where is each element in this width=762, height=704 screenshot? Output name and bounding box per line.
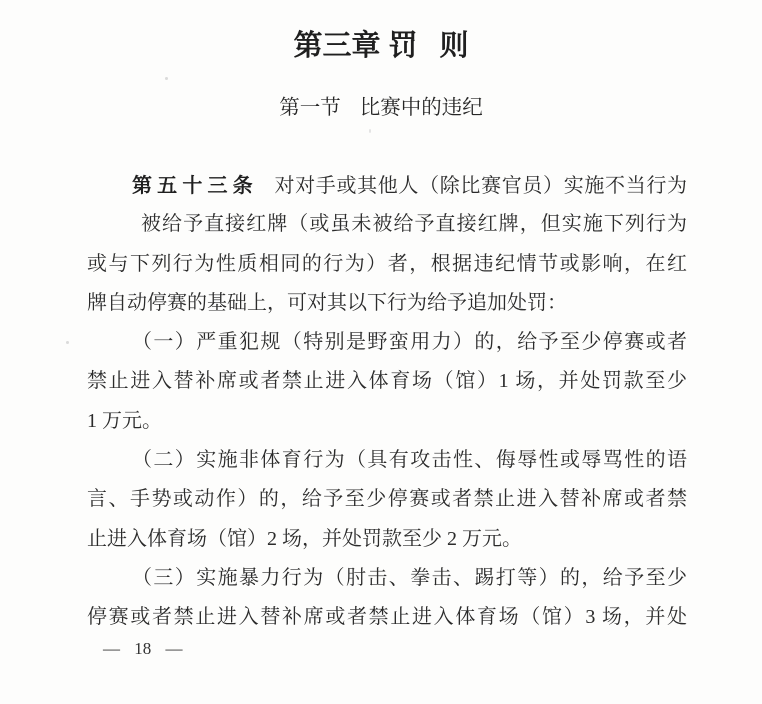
page-number: — 18 —	[103, 639, 183, 659]
body-line: 禁止进入替补席或者禁止进入体育场（馆）1 场，并处罚款至少	[87, 362, 687, 401]
body-line: 言、手势或动作）的，给予至少停赛或者禁止进入替补席或者禁	[87, 480, 687, 519]
chapter-title-char: 罚	[388, 28, 417, 62]
body-line: 止进入体育场（馆）2 场，并处罚款至少 2 万元。	[87, 520, 687, 559]
body-line: 牌自动停赛的基础上，可对其以下行为给予追加处罚：	[87, 284, 687, 323]
section-title: 比赛中的违纪	[360, 97, 483, 119]
body-line: 或与下列行为性质相同的行为）者，根据违纪情节或影响，在红	[87, 245, 687, 284]
body-line: 被给予直接红牌（或虽未被给予直接红牌，但实施下列行为	[87, 205, 687, 244]
document-page: 第三章罚则 第一节比赛中的违纪 第五十三条对对手或其他人（除比赛官员）实施不当行…	[0, 0, 762, 704]
chapter-title-char: 则	[440, 28, 469, 62]
body-line-text: 对对手或其他人（除比赛官员）实施不当行为	[274, 175, 687, 197]
section-number: 第一节	[279, 97, 341, 119]
body-line: 停赛或者禁止进入替补席或者禁止进入体育场（馆）3 场，并处	[87, 598, 687, 637]
body-line: （一）严重犯规（特别是野蛮用力）的，给予至少停赛或者	[87, 323, 687, 362]
body-line: （二）实施非体育行为（具有攻击性、侮辱性或辱骂性的语	[87, 441, 687, 480]
body-line: 第五十三条对对手或其他人（除比赛官员）实施不当行为	[87, 166, 687, 205]
scan-speck	[66, 341, 69, 344]
scan-speck	[369, 129, 371, 133]
chapter-number: 第三章	[293, 28, 380, 62]
chapter-heading: 第三章罚则	[0, 29, 762, 61]
body-line: （三）实施暴力行为（肘击、拳击、踢打等）的，给予至少	[87, 559, 687, 598]
section-heading: 第一节比赛中的违纪	[0, 94, 762, 122]
article-body: 第五十三条对对手或其他人（除比赛官员）实施不当行为 被给予直接红牌（或虽未被给予…	[87, 166, 687, 638]
scan-speck	[165, 77, 168, 80]
article-number-label: 第五十三条	[132, 173, 258, 197]
body-line: 1 万元。	[87, 402, 687, 441]
